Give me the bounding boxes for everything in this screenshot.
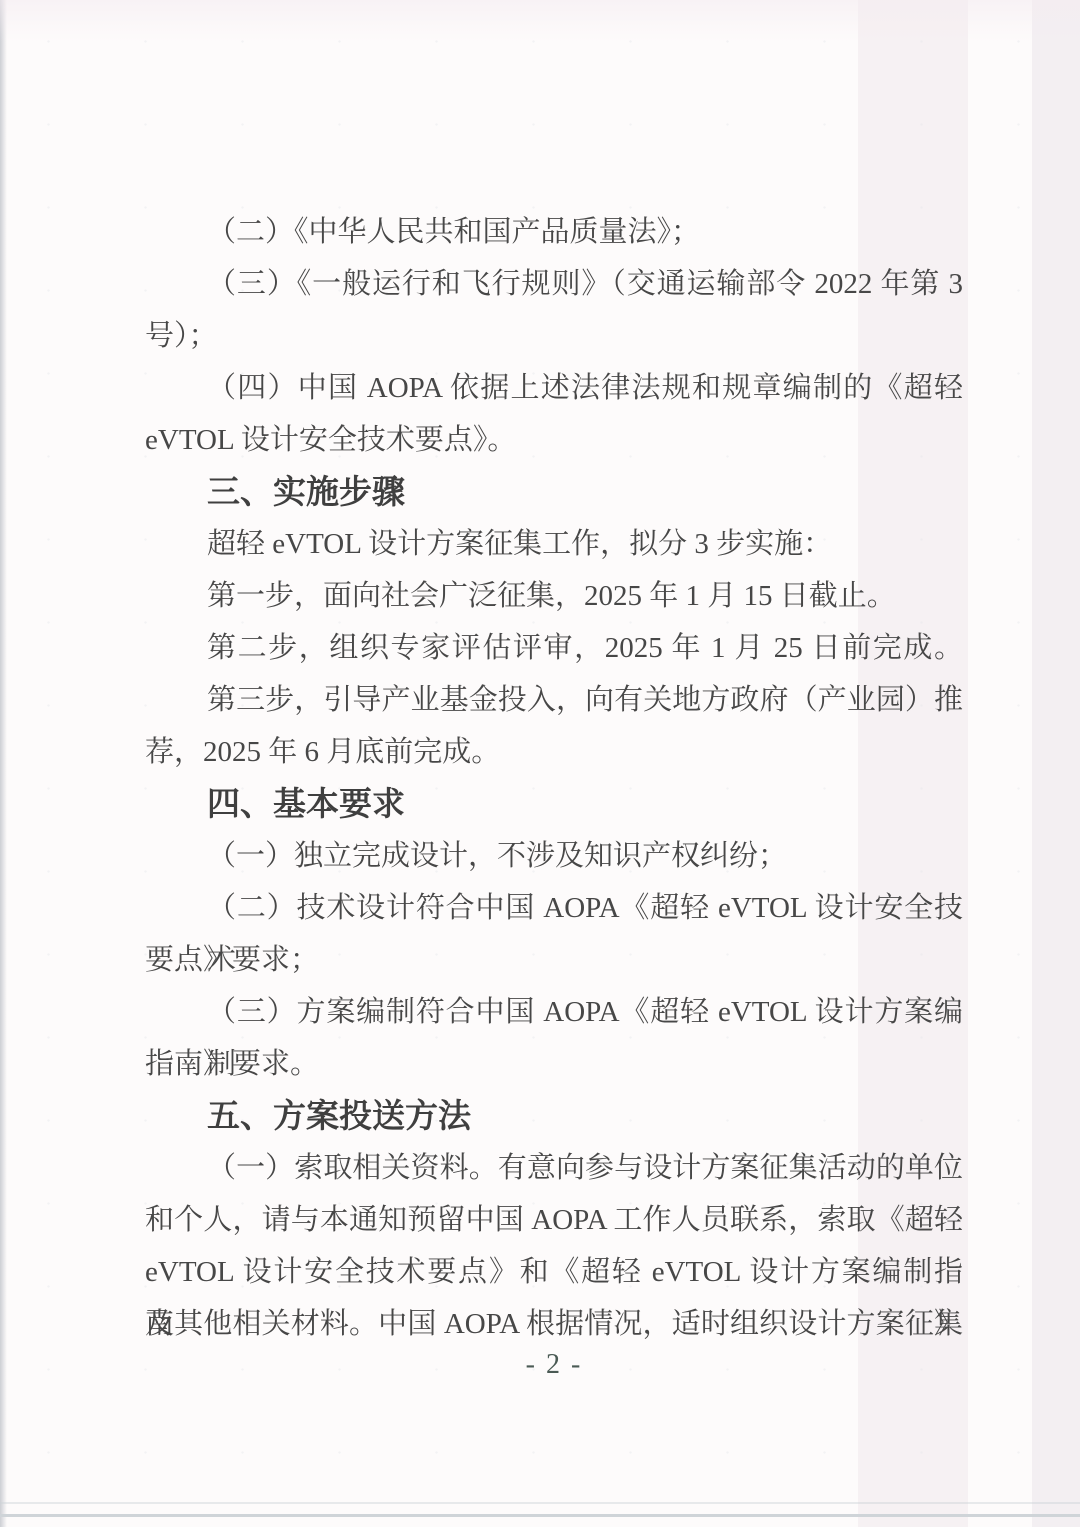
scan-artifact-band-right — [1032, 0, 1080, 1527]
doc-line-requirement-2a: （二）技术设计符合中国 AOPA《超轻 eVTOL 设计安全技术 — [145, 882, 963, 934]
doc-line-step-2: 第二步，组织专家评估评审，2025 年 1 月 25 日前完成。 — [145, 622, 963, 674]
doc-line-legal-basis-4b: eVTOL 设计安全技术要点》。 — [145, 414, 963, 466]
doc-line-requirement-3b: 指南》要求。 — [145, 1038, 963, 1090]
doc-line-step-1: 第一步，面向社会广泛征集，2025 年 1 月 15 日截止。 — [145, 570, 963, 622]
doc-line-submission-1a: （一）索取相关资料。有意向参与设计方案征集活动的单位 — [145, 1142, 963, 1194]
scan-artifact-bottom-edge — [0, 1514, 1080, 1517]
scan-artifact-left-edge — [0, 0, 7, 1527]
section-heading-implementation-steps: 三、实施步骤 — [145, 466, 963, 518]
doc-line-submission-1d: 及其他相关材料。中国 AOPA 根据情况，适时组织设计方案征集 — [145, 1298, 963, 1350]
doc-line-submission-1c: eVTOL 设计安全技术要点》和《超轻 eVTOL 设计方案编制指南》 — [145, 1246, 963, 1298]
doc-line-submission-1b: 和个人，请与本通知预留中国 AOPA 工作人员联系，索取《超轻 — [145, 1194, 963, 1246]
scan-artifact-faint-line — [0, 1502, 1080, 1504]
section-heading-submission-method: 五、方案投送方法 — [145, 1090, 963, 1142]
page-number: - 2 - — [145, 1350, 963, 1380]
section-heading-basic-requirements: 四、基本要求 — [145, 778, 963, 830]
scan-artifact-band-top — [0, 0, 1080, 42]
doc-line-requirement-2b: 要点》要求； — [145, 934, 963, 986]
doc-line-steps-intro: 超轻 eVTOL 设计方案征集工作，拟分 3 步实施： — [145, 518, 963, 570]
doc-line-legal-basis-4a: （四）中国 AOPA 依据上述法律法规和规章编制的《超轻 — [145, 362, 963, 414]
doc-line-step-3b: 荐，2025 年 6 月底前完成。 — [145, 726, 963, 778]
doc-line-legal-basis-3b: 号）； — [145, 310, 963, 362]
document-text-block: （二）《中华人民共和国产品质量法》； （三）《一般运行和飞行规则》（交通运输部令… — [145, 206, 963, 1380]
doc-line-requirement-1: （一）独立完成设计，不涉及知识产权纠纷； — [145, 830, 963, 882]
doc-line-requirement-3a: （三）方案编制符合中国 AOPA《超轻 eVTOL 设计方案编制 — [145, 986, 963, 1038]
doc-line-legal-basis-3a: （三）《一般运行和飞行规则》（交通运输部令 2022 年第 3 — [145, 258, 963, 310]
doc-line-step-3a: 第三步，引导产业基金投入，向有关地方政府（产业园）推 — [145, 674, 963, 726]
doc-line-legal-basis-2: （二）《中华人民共和国产品质量法》； — [145, 206, 963, 258]
scanned-document-page: （二）《中华人民共和国产品质量法》； （三）《一般运行和飞行规则》（交通运输部令… — [0, 0, 1080, 1527]
